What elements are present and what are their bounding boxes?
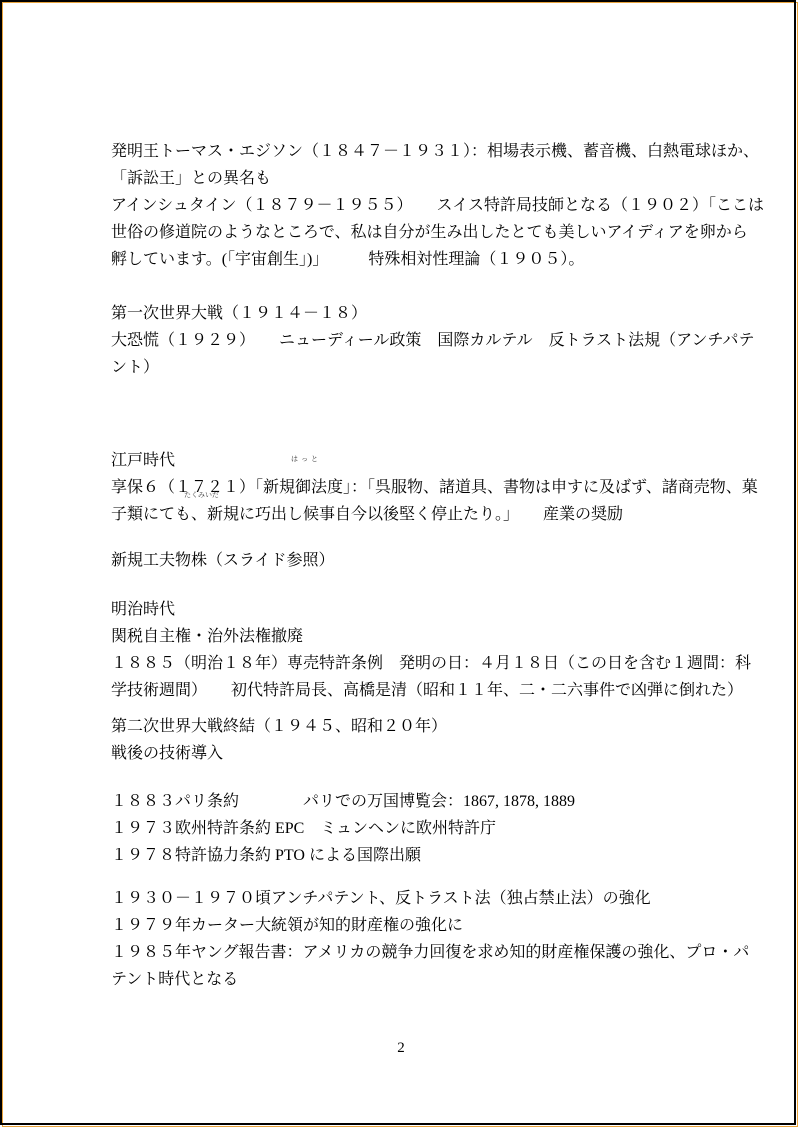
ruby-annotation-hatto: はっと	[291, 456, 321, 463]
text-line: 江戸時代	[111, 447, 691, 474]
text-line: １８８５（明治１８年）専売特許条例 発明の日：４月１８日（この日を含む１週間：科	[111, 650, 691, 677]
paragraph-meiji-period: 明治時代 関税自主権・治外法権撤廃 １８８５（明治１８年）専売特許条例 発明の日…	[111, 596, 691, 704]
ruby-annotation-takumiidashi: たくみいだ	[184, 492, 219, 499]
paragraph-edo-period: 江戸時代 享保６（１７２１）「新規御法度」：「呉服物、諸道具、書物は申すに及ばず…	[111, 447, 691, 528]
page-number: 2	[111, 1038, 691, 1058]
text-line: 明治時代	[111, 596, 691, 623]
text-line: 第二次世界大戦終結（１９４５、昭和２０年）	[111, 713, 691, 740]
paragraph-wwi-depression: 第一次世界大戦（１９１４－１８） 大恐慌（１９２９） ニューディール政策 国際カ…	[111, 300, 691, 381]
text-line: 学技術週間） 初代特許局長、高橋是清（昭和１１年、二・二六事件で凶弾に倒れた）	[111, 677, 691, 704]
text-line: １９７３欧州特許条約 EPC ミュンヘンに欧州特許庁	[111, 815, 691, 842]
paragraph-edison-einstein: 発明王トーマス・エジソン（１８４７－１９３１）：相場表示機、蓄音機、白熱電球ほか…	[111, 138, 691, 273]
paragraph-shinki-kufu: 新規工夫物株（スライド参照）	[111, 547, 691, 574]
text-line: 「訴訟王」との異名も	[111, 165, 691, 192]
text-line: 戦後の技術導入	[111, 740, 691, 767]
text-line: ント）	[111, 354, 691, 381]
text-line: １９３０－１９７０頃アンチパテント、反トラスト法（独占禁止法）の強化	[111, 885, 691, 912]
text-line: 関税自主権・治外法権撤廃	[111, 623, 691, 650]
paragraph-wwii-end: 第二次世界大戦終結（１９４５、昭和２０年） 戦後の技術導入	[111, 713, 691, 767]
text-line: １９８５年ヤング報告書：アメリカの競争力回復を求め知的財産権保護の強化、プロ・パ	[111, 939, 691, 966]
text-line: １９７９年カーター大統領が知的財産権の強化に	[111, 912, 691, 939]
paragraph-treaties: １８８３パリ条約 パリでの万国博覧会：1867, 1878, 1889 １９７３…	[111, 788, 691, 869]
paragraph-antipatent-propatent: １９３０－１９７０頃アンチパテント、反トラスト法（独占禁止法）の強化 １９７９年…	[111, 885, 691, 993]
text-line: 子類にても、新規に巧出し候事自今以後堅く停止たり。」 産業の奨励	[111, 501, 691, 528]
page-content: 発明王トーマス・エジソン（１８４７－１９３１）：相場表示機、蓄音機、白熱電球ほか…	[111, 0, 691, 1058]
text-line: 新規工夫物株（スライド参照）	[111, 547, 691, 574]
text-line: １８８３パリ条約 パリでの万国博覧会：1867, 1878, 1889	[111, 788, 691, 815]
text-line: 世俗の修道院のようなところで、私は自分が生み出したとても美しいアイディアを卵から	[111, 219, 691, 246]
text-line: １９７８特許協力条約 PTO による国際出願	[111, 842, 691, 869]
document-page: 発明王トーマス・エジソン（１８４７－１９３１）：相場表示機、蓄音機、白熱電球ほか…	[0, 0, 799, 1128]
text-line: 発明王トーマス・エジソン（１８４７－１９３１）：相場表示機、蓄音機、白熱電球ほか…	[111, 138, 691, 165]
text-line: テント時代となる	[111, 966, 691, 993]
text-line: アインシュタイン（１８７９－１９５５） スイス特許局技師となる（１９０２）「ここ…	[111, 192, 691, 219]
text-line: 大恐慌（１９２９） ニューディール政策 国際カルテル 反トラスト法規（アンチパテ	[111, 327, 691, 354]
text-line: 孵しています。(「宇宙創生」)」 特殊相対性理論（１９０５）。	[111, 246, 691, 273]
text-line: 第一次世界大戦（１９１４－１８）	[111, 300, 691, 327]
